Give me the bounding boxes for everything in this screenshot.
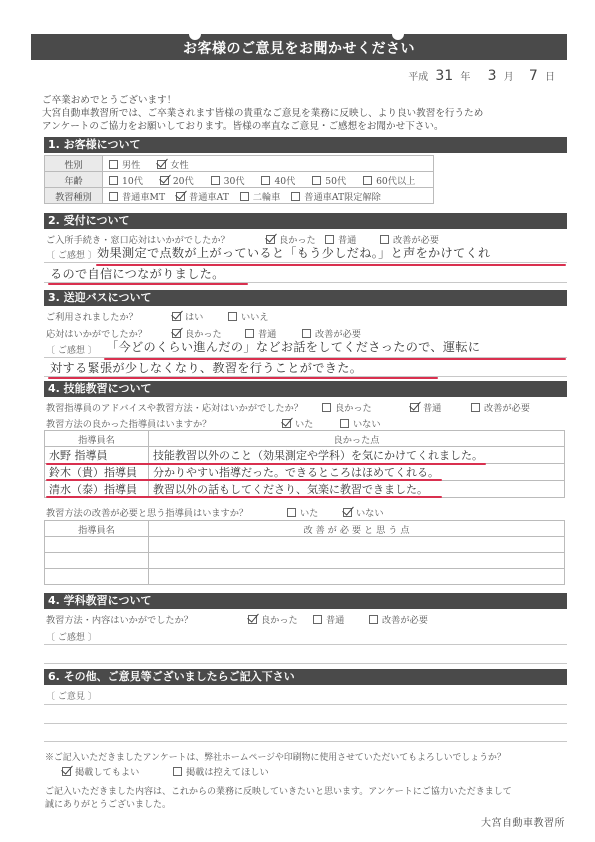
checkbox-icon[interactable] xyxy=(313,615,322,624)
comment-rule xyxy=(44,376,567,377)
instructor-name-cell[interactable]: 鈴木（貴）指導員 xyxy=(45,464,149,481)
gender-row: 性別 男性 女性 xyxy=(45,156,434,172)
date-era: 平成 xyxy=(408,72,428,83)
checkbox-checked-icon[interactable] xyxy=(160,176,169,185)
improve-point-cell[interactable] xyxy=(149,553,565,569)
checkbox-icon[interactable] xyxy=(340,419,349,428)
page-title: お客様のご意見をお聞かせください xyxy=(31,38,567,58)
gender-label: 性別 xyxy=(45,156,103,172)
red-underline xyxy=(46,496,442,498)
good-instructor-no-option[interactable]: いない xyxy=(340,416,381,430)
comment-rule xyxy=(44,282,567,283)
academic-good-option[interactable]: 良かった xyxy=(248,612,298,626)
checkbox-icon[interactable] xyxy=(471,403,480,412)
checkbox-icon[interactable] xyxy=(109,192,118,201)
intro-text: ご卒業おめでとうございます！ 大宮自動車教習所では、ご卒業されます皆様の貴重なご… xyxy=(42,94,483,133)
checkbox-icon[interactable] xyxy=(380,235,389,244)
checkbox-checked-icon[interactable] xyxy=(248,615,257,624)
age-10s-option[interactable]: 10代 xyxy=(109,173,143,187)
improve-point-header: 改 善 が 必 要 と 思 う 点 xyxy=(149,521,565,537)
academic-improve-option[interactable]: 改善が必要 xyxy=(369,612,428,626)
red-underline xyxy=(46,479,442,481)
customer-info-table: 性別 男性 女性 年齢 10代 20代 30代 40代 50代 60代以上 教習… xyxy=(44,155,434,204)
academic-comment-label: 〔 ご感想 〕 xyxy=(46,630,97,643)
good-point-cell[interactable]: 技能教習以外のこと（効果測定や学科）を気にかけてくれました。 xyxy=(149,447,565,464)
comment-rule[interactable] xyxy=(44,644,567,645)
gender-female-option[interactable]: 女性 xyxy=(157,157,188,171)
section-3-header: 3. 送迎バスについて xyxy=(44,290,567,306)
age-50s-option[interactable]: 50代 xyxy=(312,173,346,187)
table-row: 鈴木（貴）指導員 分かりやすい指導だった。できるところはほめてくれる。 xyxy=(45,464,565,481)
checkbox-icon[interactable] xyxy=(287,508,296,517)
checkbox-icon[interactable] xyxy=(363,176,372,185)
bus-comment-line-2[interactable]: 対する緊張が少しなくなり、教習を行うことができた。 xyxy=(50,359,362,376)
reception-comment-line-1[interactable]: 効果測定で点数が上がっていると「もう少しだね。」と声をかけてくれ xyxy=(97,244,491,261)
red-underline xyxy=(46,463,486,465)
checkbox-icon[interactable] xyxy=(312,176,321,185)
comment-rule[interactable] xyxy=(44,663,567,664)
date-year[interactable]: 31 xyxy=(435,68,453,84)
table-row xyxy=(45,553,565,569)
improve-instructor-table: 指導員名 改 善 が 必 要 と 思 う 点 xyxy=(44,520,565,585)
checkbox-checked-icon[interactable] xyxy=(176,192,185,201)
instructor-name-cell[interactable]: 水野 指導員 xyxy=(45,447,149,464)
course-type-label: 教習種別 xyxy=(45,188,103,204)
red-underline xyxy=(48,377,438,379)
thanks-line-1: ご記入いただきました内容は、これからの業務に反映していきたいと思います。アンケー… xyxy=(45,784,512,797)
age-20s-option[interactable]: 20代 xyxy=(160,173,194,187)
academic-question: 教習方法・内容はいかがでしたか？ xyxy=(46,612,193,626)
checkbox-icon[interactable] xyxy=(173,767,182,776)
checkbox-icon[interactable] xyxy=(109,176,118,185)
instructor-name-cell[interactable]: 清水（泰）指導員 xyxy=(45,481,149,498)
table-header-row: 指導員名 良かった点 xyxy=(45,431,565,447)
age-60plus-option[interactable]: 60代以上 xyxy=(363,173,415,187)
reception-comment-label: 〔 ご感想 〕 xyxy=(46,248,97,261)
improve-instructor-no-option[interactable]: いない xyxy=(343,505,384,519)
section-4-header: 4. 技能教習について xyxy=(44,381,567,397)
checkbox-icon[interactable] xyxy=(109,160,118,169)
checkbox-checked-icon[interactable] xyxy=(62,767,71,776)
bus-use-question: ご利用されましたか？ xyxy=(46,309,138,323)
improve-point-cell[interactable] xyxy=(149,569,565,585)
checkbox-checked-icon[interactable] xyxy=(172,312,181,321)
bus-comment-label: 〔 ご感想 〕 xyxy=(46,343,97,356)
checkbox-icon[interactable] xyxy=(261,176,270,185)
checkbox-icon[interactable] xyxy=(325,235,334,244)
course-type-row: 教習種別 普通車MT 普通車AT 二輪車 普通車AT限定解除 xyxy=(45,188,434,204)
date-year-unit: 年 xyxy=(460,72,470,83)
table-row xyxy=(45,569,565,585)
instructor-advice-improve-option[interactable]: 改善が必要 xyxy=(471,400,530,414)
date-field: 平成 31 年 3 月 7 日 xyxy=(408,68,555,84)
good-point-header: 良かった点 xyxy=(149,431,565,447)
good-point-cell[interactable]: 教習以外の話もしてくださり、気楽に教習できました。 xyxy=(149,481,565,498)
date-day[interactable]: 7 xyxy=(529,68,538,84)
intro-line-3: アンケートのご協力をお願いしております。皆様の率直なご意見・ご感想をお聞かせ下さ… xyxy=(42,120,483,133)
date-month[interactable]: 3 xyxy=(488,68,497,84)
section-2-header: 2. 受付について xyxy=(44,213,567,229)
section-6-header: 6. その他、ご意見等ございましたらご記入下さい xyxy=(44,669,567,685)
good-point-cell[interactable]: 分かりやすい指導だった。できるところはほめてくれる。 xyxy=(149,464,565,481)
consent-decline-option[interactable]: 掲載は控えてほしい xyxy=(173,764,269,778)
table-row: 清水（泰）指導員 教習以外の話もしてくださり、気楽に教習できました。 xyxy=(45,481,565,498)
age-40s-option[interactable]: 40代 xyxy=(261,173,295,187)
section-1-header: 1. お客様について xyxy=(44,137,567,153)
improve-instructor-yes-option[interactable]: いた xyxy=(287,505,318,519)
survey-form: お客様のご意見をお聞かせください 平成 31 年 3 月 7 日 ご卒業おめでと… xyxy=(0,0,595,842)
good-instructor-yes-option[interactable]: いた xyxy=(282,416,313,430)
instructor-advice-normal-option[interactable]: 普通 xyxy=(410,400,441,414)
instructor-name-cell[interactable] xyxy=(45,537,149,553)
comment-rule[interactable] xyxy=(44,723,567,724)
checkbox-checked-icon[interactable] xyxy=(282,419,291,428)
table-row xyxy=(45,537,565,553)
checkbox-icon[interactable] xyxy=(228,312,237,321)
red-underline xyxy=(48,283,248,285)
course-motorcycle-option[interactable]: 二輪車 xyxy=(240,189,281,203)
comment-rule xyxy=(44,262,567,263)
course-at-option[interactable]: 普通車AT xyxy=(176,189,229,203)
instructor-advice-question: 教習指導員のアドバイスや教習方法・応対はいかがでしたか？ xyxy=(46,400,303,414)
intro-line-1: ご卒業おめでとうございます！ xyxy=(42,94,483,107)
date-month-unit: 月 xyxy=(504,72,514,83)
table-header-row: 指導員名 改 善 が 必 要 と 思 う 点 xyxy=(45,521,565,537)
intro-line-2: 大宮自動車教習所では、ご卒業されます皆様の貴重なご意見を業務に反映し、より良い教… xyxy=(42,107,483,120)
checkbox-icon[interactable] xyxy=(211,176,220,185)
checkbox-icon[interactable] xyxy=(240,192,249,201)
instructor-name-header: 指導員名 xyxy=(45,431,149,447)
bus-use-yes-option[interactable]: はい xyxy=(172,309,203,323)
course-mt-option[interactable]: 普通車MT xyxy=(109,189,165,203)
comment-rule[interactable] xyxy=(44,704,567,705)
checkbox-icon[interactable] xyxy=(245,329,254,338)
comment-rule[interactable] xyxy=(44,741,567,742)
checkbox-checked-icon[interactable] xyxy=(266,235,275,244)
instructor-name-header: 指導員名 xyxy=(45,521,149,537)
bus-use-no-option[interactable]: いいえ xyxy=(228,309,269,323)
age-row: 年齢 10代 20代 30代 40代 50代 60代以上 xyxy=(45,172,434,188)
date-day-unit: 日 xyxy=(545,72,555,83)
instructor-name-cell[interactable] xyxy=(45,553,149,569)
course-at-limit-removal-option[interactable]: 普通車AT限定解除 xyxy=(291,189,381,203)
instructor-name-cell[interactable] xyxy=(45,569,149,585)
instructor-advice-good-option[interactable]: 良かった xyxy=(322,400,372,414)
opinion-comment-label: 〔 ご意見 〕 xyxy=(46,689,97,702)
table-row: 水野 指導員 技能教習以外のこと（効果測定や学科）を気にかけてくれました。 xyxy=(45,447,565,464)
checkbox-icon[interactable] xyxy=(322,403,331,412)
good-instructor-question: 教習方法の良かった指導員はいますか？ xyxy=(46,416,211,430)
consent-allow-option[interactable]: 掲載してもよい xyxy=(62,764,139,778)
comment-rule xyxy=(44,357,567,358)
improve-point-cell[interactable] xyxy=(149,537,565,553)
checkbox-checked-icon[interactable] xyxy=(410,403,419,412)
gender-male-option[interactable]: 男性 xyxy=(109,157,140,171)
checkbox-icon[interactable] xyxy=(369,615,378,624)
checkbox-checked-icon[interactable] xyxy=(157,160,166,169)
age-label: 年齢 xyxy=(45,172,103,188)
checkbox-checked-icon[interactable] xyxy=(343,508,352,517)
reception-comment-line-2[interactable]: るので自信につながりました。 xyxy=(50,265,225,282)
thanks-line-2: 誠にありがとうございました。 xyxy=(45,797,171,810)
school-name: 大宮自動車教習所 xyxy=(481,814,565,829)
academic-normal-option[interactable]: 普通 xyxy=(313,612,344,626)
title-bar: お客様のご意見をお聞かせください xyxy=(31,34,567,60)
section-5-header: 4. 学科教習について xyxy=(44,593,567,609)
bus-comment-line-1[interactable]: 「今どのくらい進んだの」などお話をしてくださったので、運転に xyxy=(106,338,480,355)
checkbox-icon[interactable] xyxy=(291,192,300,201)
improve-instructor-question: 教習方法の改善が必要と思う指導員はいますか？ xyxy=(46,505,248,519)
checkbox-icon[interactable] xyxy=(302,329,311,338)
age-30s-option[interactable]: 30代 xyxy=(211,173,245,187)
consent-question: ※ご記入いただきましたアンケートは、弊社ホームページや印刷物に使用させていただい… xyxy=(45,750,506,763)
checkbox-checked-icon[interactable] xyxy=(172,329,181,338)
